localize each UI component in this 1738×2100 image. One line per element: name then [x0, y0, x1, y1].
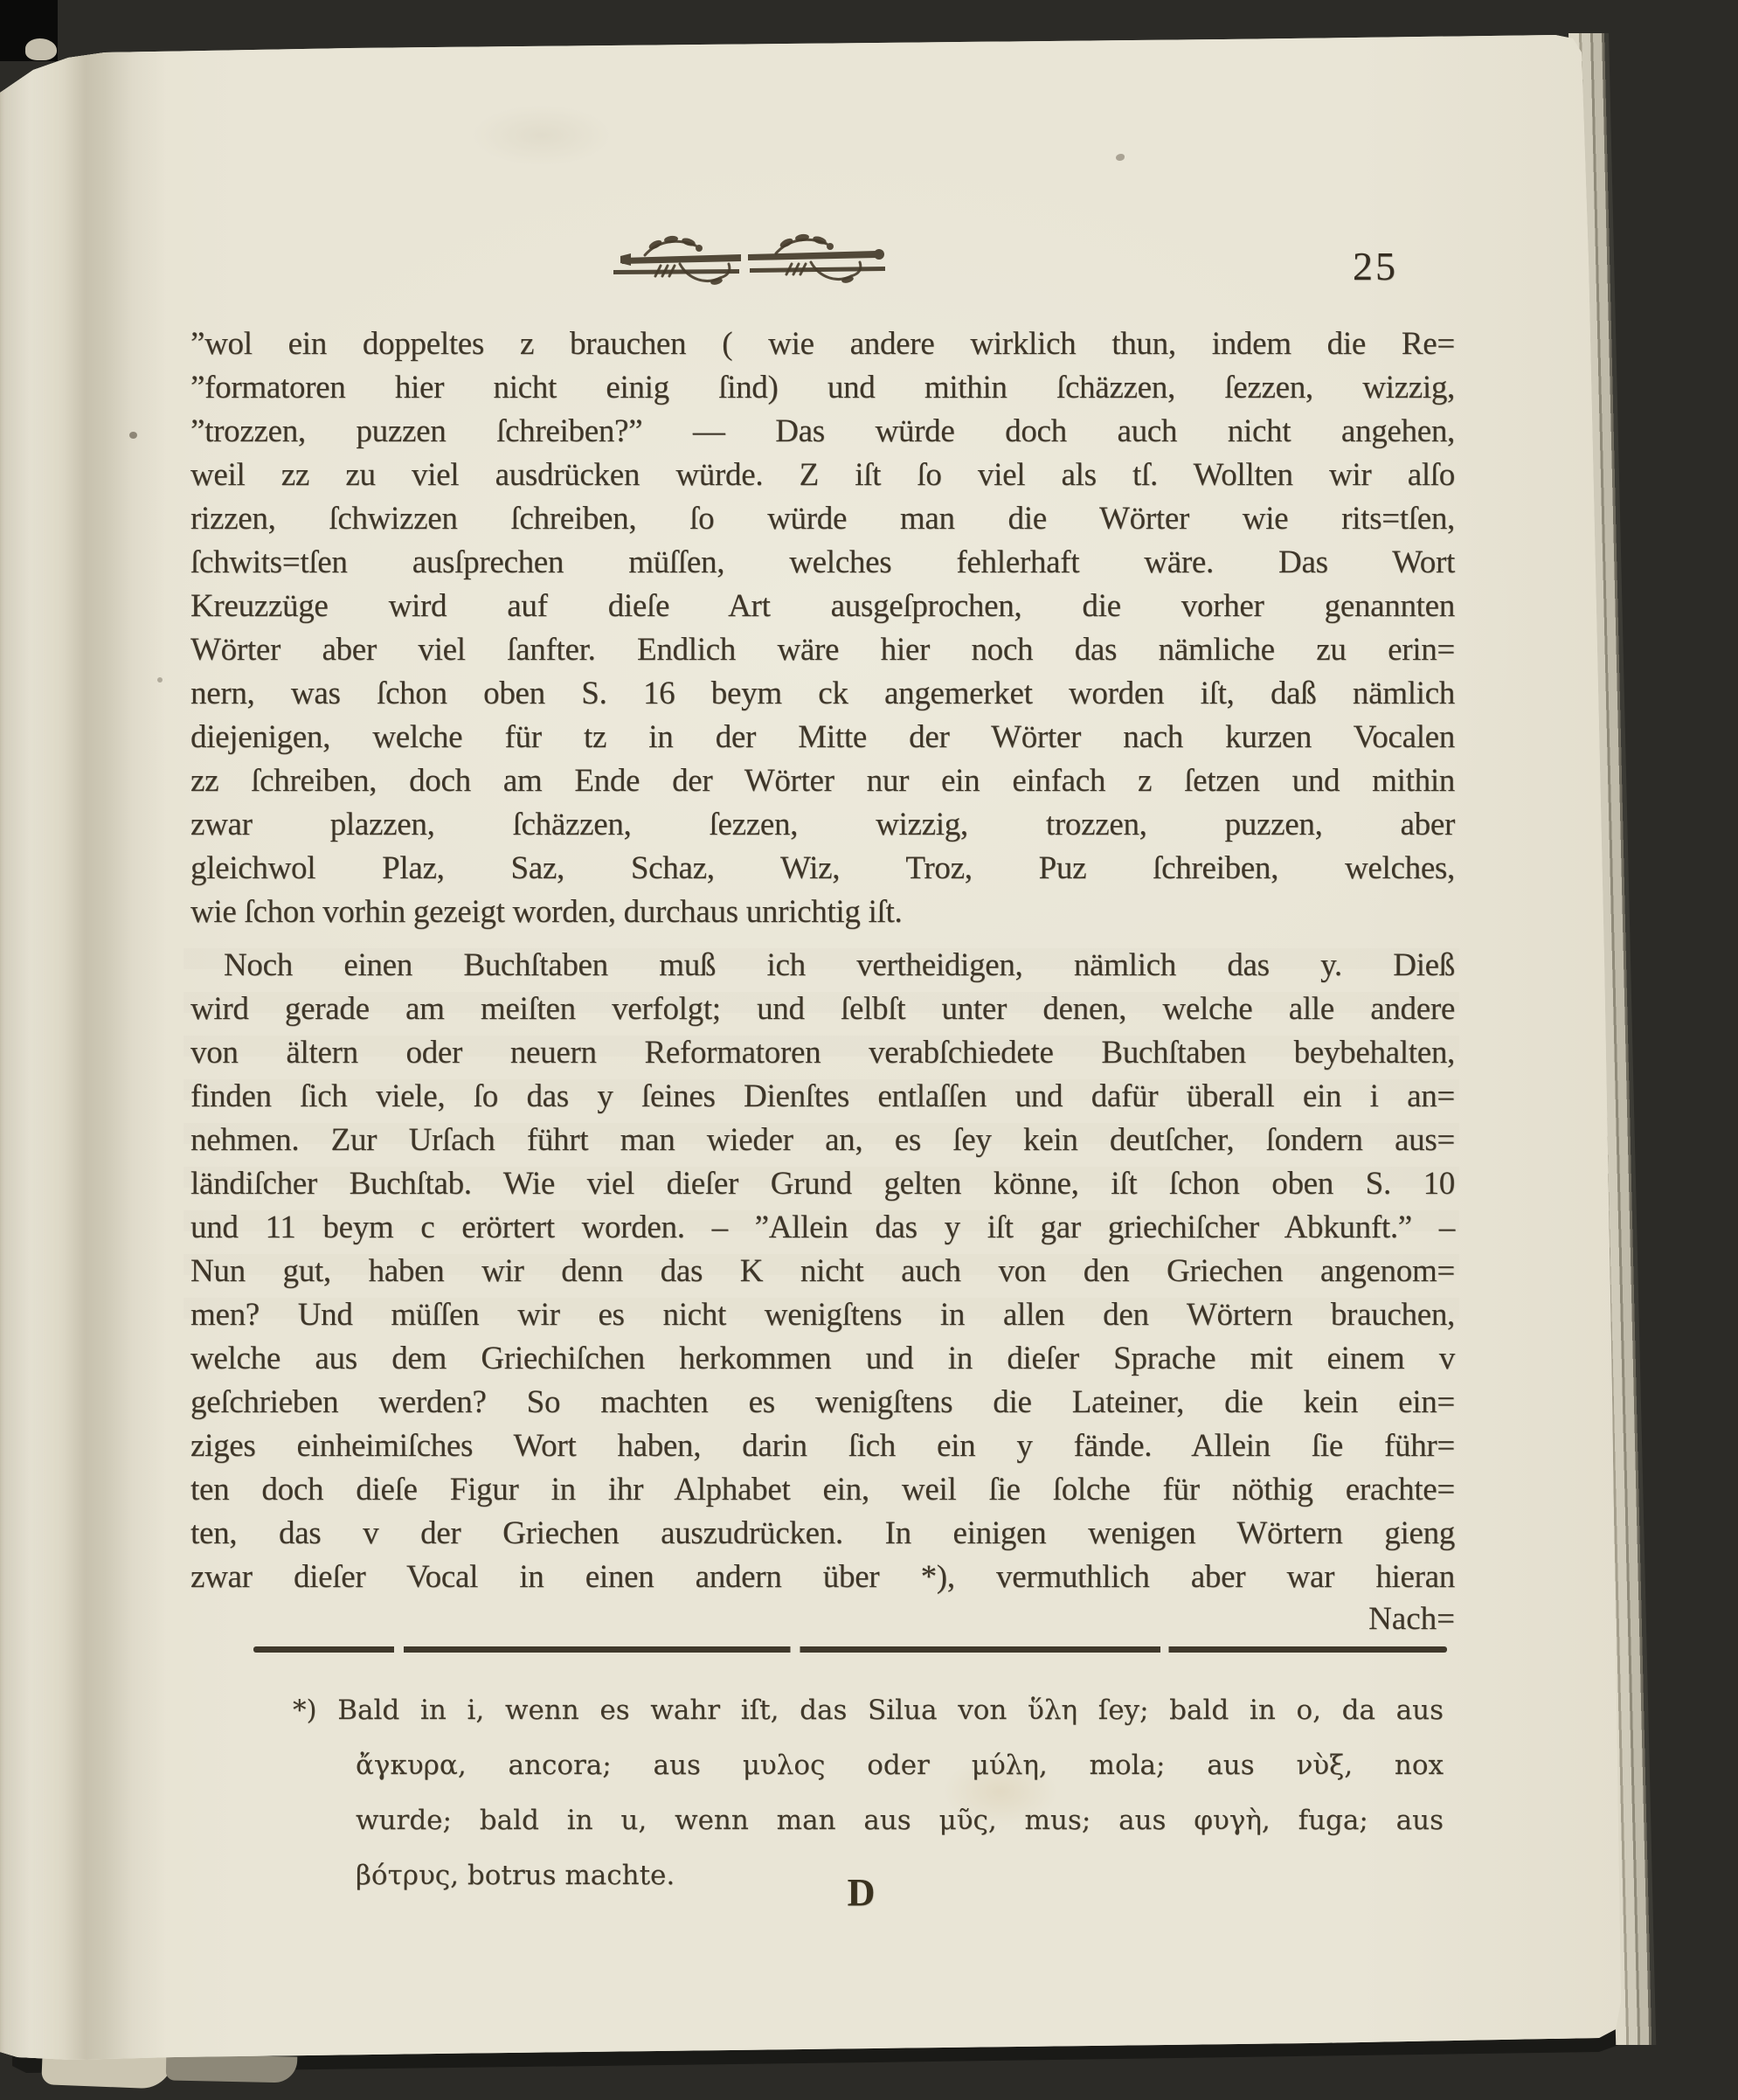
- page-edge-vignette: [0, 0, 1738, 2100]
- underlying-page-edge-dark: [166, 2054, 298, 2083]
- book-page: 25 ”wol ein doppeltes z brauchen ( wie a…: [0, 0, 1738, 2100]
- underlying-page-corner: [25, 38, 57, 60]
